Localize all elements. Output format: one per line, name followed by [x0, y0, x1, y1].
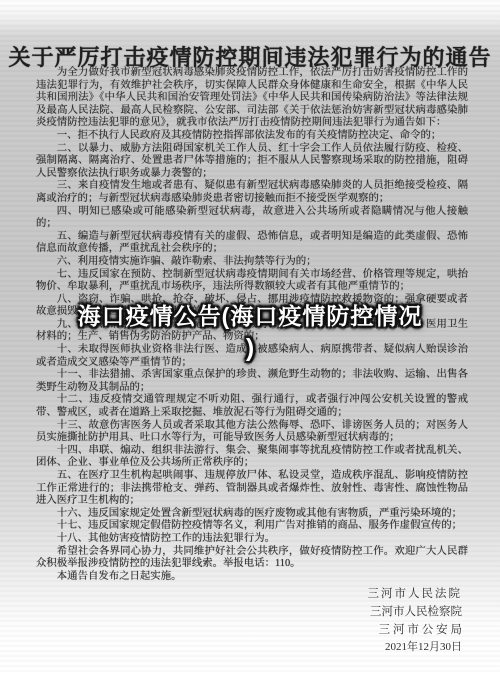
closing-paragraph: 希望社会各界同心协力，共同维护好社会公共秩序，做好疫情防控工作。欢迎广大人民群众… [36, 546, 468, 571]
notice-item-15: 五、在医疗卫生机构起哄闹事、违规停放尸体、私设灵堂，造成秩序混乱、影响疫情防控工… [36, 470, 468, 508]
notice-item-9: 九、生产、销售用于防治新型冠状病毒的假药、劣药、不符合标准的医疗器械、医用卫生材… [36, 319, 468, 344]
signature-police: 三 河 市 公 安 局 [368, 622, 463, 640]
notice-date: 2021年12月30日 [368, 639, 463, 657]
notice-item-17: 十七、违反国家规定假借防控疫情等名义，利用广告对推销的商品、服务作虚假宣传的； [36, 520, 468, 533]
scanned-notice-page: 关于严厉打击疫情防控期间违法犯罪行为的通告 为全力做好我市新型冠状病毒感染肺炎疫… [0, 0, 500, 674]
notice-item-14: 十四、串联、煽动、组织非法游行、集会、聚集闹事等扰乱疫情防控工作或者扰乱机关、团… [36, 445, 468, 470]
notice-item-13: 十三、故意伤害医务人员或者采取其他方法公然侮辱、恐吓、诽谤医务人员的；对医务人员… [36, 420, 468, 445]
notice-item-7: 七、违反国家在预防、控制新型冠状病毒疫情期间有关市场经营、价格管理等规定，哄抬物… [36, 269, 468, 294]
notice-item-10: 十、未取得医师执业资格非法行医、造成已被感染病人、病原携带者、疑似病人贻误诊治或… [36, 344, 468, 369]
signature-block: 三河市人民法院 三河市人民检察院 三 河 市 公 安 局 2021年12月30日 [368, 586, 463, 657]
effective-paragraph: 本通告自发布之日起实施。 [36, 571, 468, 584]
notice-item-2: 二、以暴力、威胁方法阻碍国家机关工作人员、红十字会工作人员依法履行防疫、检疫、强… [36, 143, 468, 181]
notice-item-4: 四、明知已感染或可能感染新型冠状病毒，故意进入公共场所或者隐瞒情况与他人接触的； [36, 206, 468, 231]
intro-paragraph: 为全力做好我市新型冠状病毒感染肺炎疫情防控工作，依法严厉打击妨害疫情防控工作的违… [36, 67, 468, 130]
notice-item-16: 十六、违反国家规定处置含新型冠状病毒的医疗废物或其他有害物质，严重污染环境的； [36, 508, 468, 521]
notice-item-12: 十二、违反疫情交通管理规定不听劝阻、强行通行，或者强行冲闯公安机关设置的警戒带、… [36, 394, 468, 419]
notice-item-18: 十八、其他妨害疫情防控工作的违法犯罪行为。 [36, 533, 468, 546]
notice-item-11: 十一、非法猎捕、杀害国家重点保护的珍贵、濒危野生动物的；非法收购、运输、出售各类… [36, 369, 468, 394]
notice-item-1: 一、拒不执行人民政府及其疫情防控指挥部依法发布的有关疫情防控决定、命令的； [36, 130, 468, 143]
signature-procuratorate: 三河市人民检察院 [368, 604, 463, 622]
notice-item-5: 五、编造与新型冠状病毒疫情有关的虚假、恐怖信息，或者明知是编造的此类虚假、恐怖信… [36, 231, 468, 256]
signature-court: 三河市人民法院 [368, 586, 463, 604]
notice-item-6: 六、利用疫情实施诈骗、敲诈勒索、非法拘禁等行为的； [36, 256, 468, 269]
notice-body: 为全力做好我市新型冠状病毒感染肺炎疫情防控工作，依法严厉打击妨害疫情防控工作的违… [36, 67, 468, 583]
notice-item-3: 三、来自疫情发生地或者患有、疑似患有新型冠状病毒感染肺炎的人员拒绝接受检疫、隔离… [36, 180, 468, 205]
notice-item-8: 八、盗窃、诈骗、哄抢、抢夺、破坏、侵占、挪用涉疫情防控救援物资的；强拿硬要或者故… [36, 294, 468, 319]
